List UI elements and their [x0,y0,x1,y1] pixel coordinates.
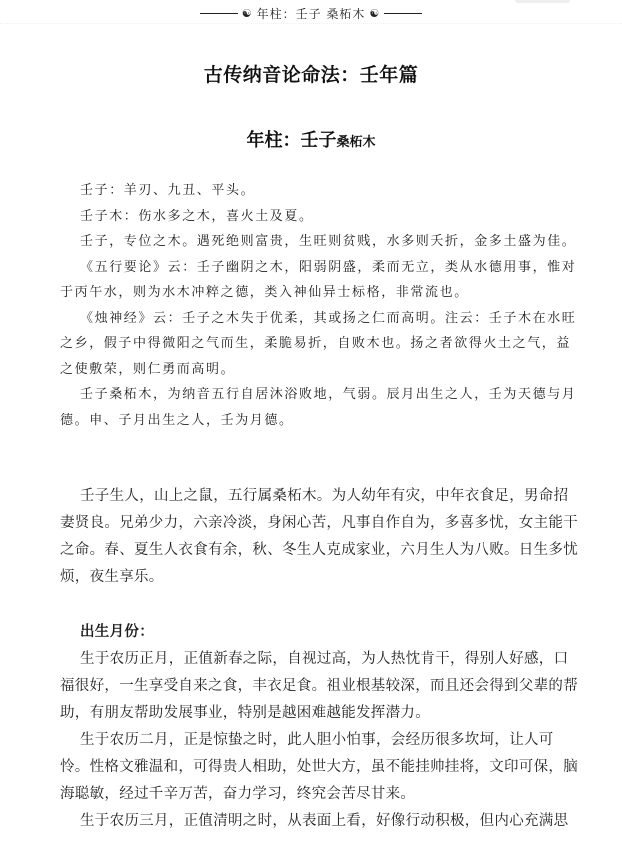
birth-month-paragraph: 生于农历正月，正值新春之际，自视过高，为人热忱肯干，得别人好感，口福很好，一生享… [60,646,580,727]
birth-month-paragraph: 生于农历三月，正值清明之时，从表面上看，好像行动积极，但内心充满思 [60,808,580,835]
yin-yang-icon: ☯ [242,8,253,19]
classic-paragraph: 壬子桑柘木，为纳音五行自居沐浴败地，气弱。辰月出生之人，壬为天德与月德。申、子月… [60,382,580,433]
running-header: ☯ 年柱：壬子 桑柘木 ☯ [0,3,622,24]
classic-paragraph: 《五行要论》云：壬子幽阴之木，阳弱阴盛，柔而无立，类从水德用事，惟对于丙午水，则… [60,255,580,306]
birth-month-heading: 出生月份： [80,619,580,646]
spacer [80,591,580,611]
classic-text-block: 壬子：羊刃、九丑、平头。 壬子木：伤水多之木，喜火土及夏。 壬子，专位之木。遇死… [80,178,580,433]
document-title: 古传纳音论命法：壬年篇 [0,60,622,87]
modern-paragraph: 壬子生人，山上之鼠，五行属桑柘木。为人幼年有灾，中年衣食足，男命招妻贤良。兄弟少… [60,483,580,591]
yin-yang-icon: ☯ [369,8,380,19]
modern-text-block: 壬子生人，山上之鼠，五行属桑柘木。为人幼年有灾，中年衣食足，男命招妻贤良。兄弟少… [80,483,580,835]
section-title: 年柱：壬子桑柘木 [0,126,622,152]
section-title-main: 年柱：壬子 [246,130,336,151]
classic-paragraph: 《烛神经》云：壬子之木失于优柔，其或扬之仁而高明。注云：壬子木在水旺之乡，假子中… [60,306,580,383]
running-header-text: 年柱：壬子 桑柘木 [257,5,366,22]
spacer [80,611,580,619]
header-rule-left [200,13,238,14]
classic-paragraph: 壬子木：伤水多之木，喜火土及夏。 [60,204,580,230]
section-title-sub: 桑柘木 [336,135,375,150]
classic-paragraph: 壬子，专位之木。遇死绝则富贵，生旺则贫贱，水多则夭折，金多土盛为佳。 [60,229,580,255]
birth-month-paragraph: 生于农历二月，正是惊蛰之时，此人胆小怕事，会经历很多坎坷，让人可怜。性格文雅温和… [60,727,580,808]
classic-paragraph: 壬子：羊刃、九丑、平头。 [60,178,580,204]
header-rule-right [384,13,422,14]
